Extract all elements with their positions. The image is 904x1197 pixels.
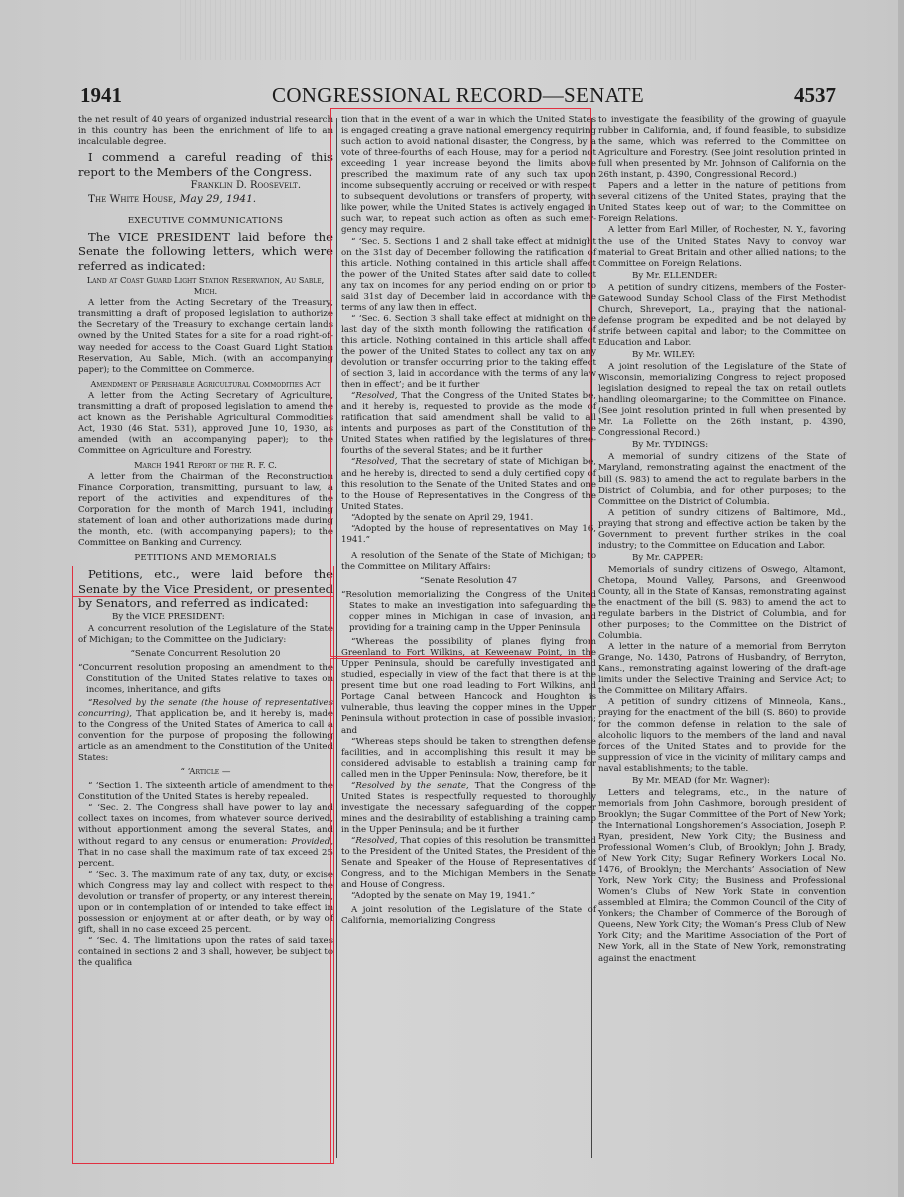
article-heading: “ ‘Article — — [78, 767, 333, 778]
paragraph: “Resolved by the senate, That the Congre… — [341, 781, 596, 836]
resolution-title: “Senate Resolution 47 — [341, 576, 596, 587]
paragraph: A concurrent resolution of the Legislatu… — [78, 624, 333, 646]
paragraph: A letter from the Acting Secretary of th… — [78, 298, 333, 375]
resolution-description: “Resolution memorializing the Congress o… — [341, 590, 596, 634]
paragraph: “Resolved by the senate (the house of re… — [78, 698, 333, 764]
dateline-place: The White House, — [88, 193, 176, 205]
adopted-line: “Adopted by the senate on May 19, 1941.” — [341, 891, 596, 902]
paragraph: A letter in the nature of a memorial fro… — [598, 642, 846, 697]
section-paragraph: “ ‘Sec. 5. Sections 1 and 2 shall take e… — [341, 237, 596, 314]
resolution-description: “Concurrent resolution proposing an amen… — [78, 663, 333, 696]
paragraph: I commend a careful reading of this repo… — [78, 150, 333, 179]
paragraph: A petition of sundry citizens, members o… — [598, 283, 846, 349]
resolution-title: “Senate Concurrent Resolution 20 — [78, 649, 333, 660]
subheading: March 1941 Report of the R. F. C. — [78, 460, 333, 471]
whereas-clause: “Whereas the possibility of planes flyin… — [341, 637, 596, 736]
subheading: Amendment of Perishable Agricultural Com… — [78, 379, 333, 390]
presenter-line: By Mr. WILEY: — [598, 350, 846, 361]
section-heading-executive-communications: EXECUTIVE COMMUNICATIONS — [78, 216, 333, 227]
adopted-line: “Adopted by the house of representatives… — [341, 524, 596, 546]
page-edge — [898, 0, 904, 1197]
paragraph: A letter from Earl Miller, of Rochester,… — [598, 225, 846, 269]
paragraph: “Resolved, That the secretary of state o… — [341, 457, 596, 512]
paragraph: A petition of sundry citizens of Minneol… — [598, 697, 846, 774]
paragraph: A memorial of sundry citizens of the Sta… — [598, 452, 846, 507]
paragraph: the net result of 40 years of organized … — [78, 115, 333, 148]
column-2: tion that in the event of a war in which… — [341, 115, 596, 927]
paragraph: Memorials of sundry citizens of Oswego, … — [598, 565, 846, 642]
header-page-number: 4537 — [794, 83, 836, 108]
paragraph: A resolution of the Senate of the State … — [341, 551, 596, 573]
paragraph: A letter from the Acting Secretary of Ag… — [78, 391, 333, 457]
paragraph: A petition of sundry citizens of Baltimo… — [598, 508, 846, 552]
section-paragraph: “ ‘Section 1. The sixteenth article of a… — [78, 781, 333, 803]
section-paragraph: “ ‘Sec. 3. The maximum rate of any tax, … — [78, 870, 333, 936]
column-3: to investigate the feasibility of the gr… — [598, 115, 846, 965]
paragraph: The VICE PRESIDENT laid before the Senat… — [78, 230, 333, 273]
paragraph: A letter from the Chairman of the Recon­… — [78, 472, 333, 549]
paragraph: “Resolved, That copies of this resolutio… — [341, 836, 596, 891]
presenter-line: By Mr. CAPPER: — [598, 553, 846, 564]
presenter-line: By Mr. MEAD (for Mr. Wagner): — [598, 776, 846, 787]
paragraph: “Resolved, That the Congress of the Unit… — [341, 391, 596, 457]
paragraph: A joint resolution of the Legislature of… — [598, 362, 846, 439]
running-head: 1941 CONGRESSIONAL RECORD—SENATE 4537 — [80, 83, 836, 113]
presenter-line: By the VICE PRESIDENT: — [78, 612, 333, 623]
section-paragraph: “ ‘Sec. 4. The limitations upon the rate… — [78, 936, 333, 969]
whereas-clause: “Whereas steps should be taken to streng… — [341, 737, 596, 781]
column-rule — [336, 118, 337, 1158]
paragraph: tion that in the event of a war in which… — [341, 115, 596, 237]
paragraph: Papers and a letter in the nature of pet… — [598, 181, 846, 225]
paragraph: Letters and telegrams, etc., in the natu… — [598, 788, 846, 965]
paragraph: A joint resolution of the Legislature of… — [341, 905, 596, 927]
signature: Franklin D. Roosevelt. — [78, 179, 333, 192]
section-paragraph: “ ‘Sec. 6. Section 3 shall take effect a… — [341, 314, 596, 391]
presenter-line: By Mr. TYDINGS: — [598, 440, 846, 451]
dateline-date: May 29, 1941. — [180, 193, 256, 205]
adopted-line: “Adopted by the senate on April 29, 1941… — [341, 513, 596, 524]
presenter-line: By Mr. ELLENDER: — [598, 271, 846, 282]
column-1: the net result of 40 years of organized … — [78, 115, 333, 969]
subheading: Land at Coast Guard Light Station Reser­… — [78, 275, 333, 297]
scan-artifact — [180, 0, 700, 60]
dateline: The White House, May 29, 1941. — [78, 192, 333, 206]
paragraph: Petitions, etc., were laid before the Se… — [78, 567, 333, 610]
header-title: CONGRESSIONAL RECORD—SENATE — [80, 83, 836, 108]
paragraph: to investigate the feasibility of the gr… — [598, 115, 846, 181]
section-paragraph: “ ‘Sec. 2. The Congress shall have power… — [78, 803, 333, 869]
section-heading-petitions: PETITIONS AND MEMORIALS — [78, 553, 333, 564]
